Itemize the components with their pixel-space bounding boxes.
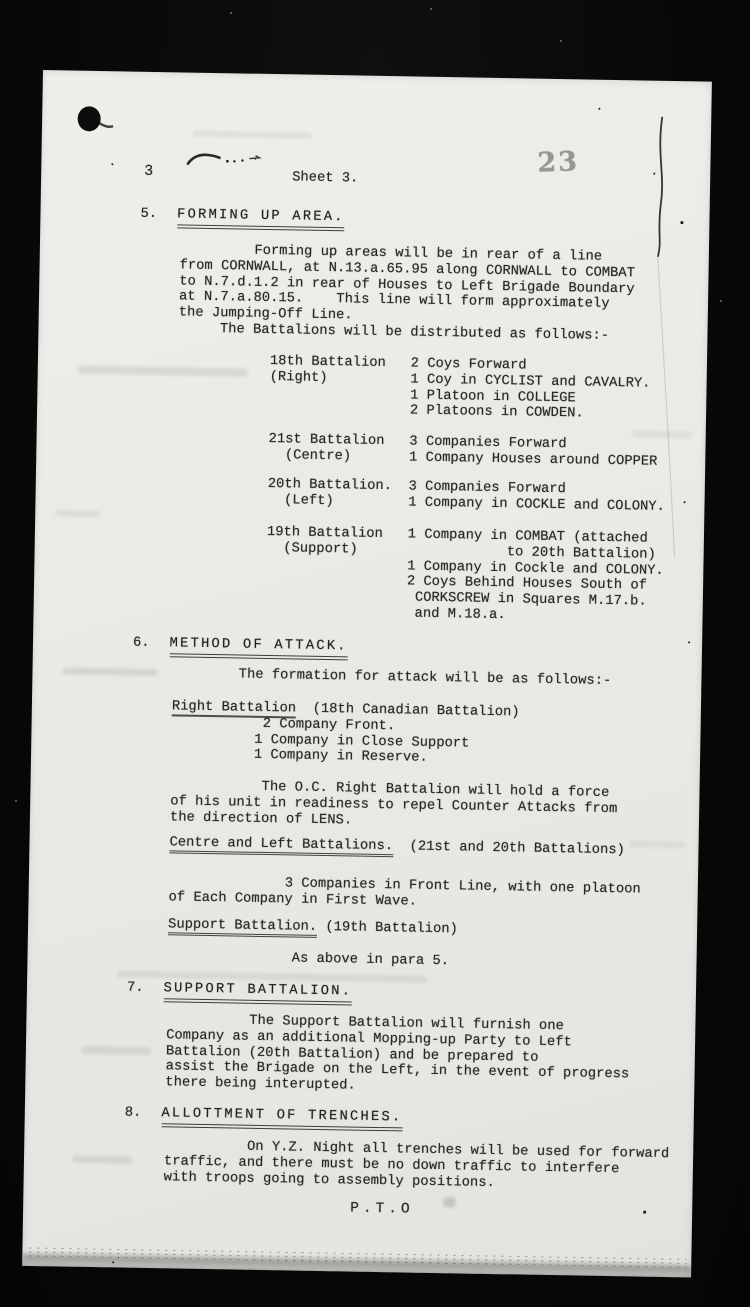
- scanner-dust: [230, 12, 232, 14]
- pen-squiggle: [187, 155, 220, 166]
- scanner-dust: [430, 8, 432, 10]
- distribution-18th-battalion: 18th Battalion 2 Coys Forward (Right) 1 …: [269, 354, 651, 424]
- distribution-20th-battalion: 20th Battalion. 3 Companies Forward (Lef…: [267, 477, 665, 516]
- pen-dot: [233, 160, 235, 162]
- section-title: SUPPORT BATTALION.: [163, 981, 352, 1005]
- scanned-document-scan: 3 Sheet 3. 23 5.FORMING UP AREA. Forming…: [0, 0, 750, 1307]
- distribution-19th-battalion: 19th Battalion 1 Company in COMBAT (atta…: [265, 525, 664, 627]
- bleed-through-smudge: [81, 1046, 151, 1055]
- archive-page-stamp: 23: [537, 146, 580, 178]
- section-heading-8: 8.ALLOTTMENT OF TRENCHES.: [125, 1103, 403, 1132]
- text-line: The formation for attack will be as foll…: [172, 666, 611, 689]
- paper-speck: [643, 1211, 646, 1214]
- paragraph-centre-left: 3 Companies in Front Line, with one plat…: [168, 874, 640, 914]
- page-number-left: 3: [144, 164, 153, 180]
- faint-ink-mark: [443, 1197, 455, 1207]
- section-title: METHOD OF ATTACK.: [169, 636, 347, 660]
- scanner-dust: [720, 300, 722, 302]
- pen-dot: [241, 159, 243, 161]
- paragraph-allottment: On Y.Z. Night all trenches will be used …: [164, 1138, 670, 1194]
- section-number: 5.: [140, 207, 157, 223]
- paper-speck: [680, 221, 683, 224]
- section-title: ALLOTTMENT OF TRENCHES.: [161, 1106, 402, 1131]
- paragraph-support-battalion: The Support Battalion will furnish one C…: [165, 1012, 630, 1099]
- bleed-through-smudge: [55, 510, 100, 517]
- support-detail: (19th Battalion): [317, 920, 458, 937]
- bleed-through-smudge: [192, 131, 312, 139]
- section-heading-7: 7.SUPPORT BATTALION.: [127, 978, 353, 1006]
- paper-speck: [684, 501, 686, 503]
- paper-speck: [111, 163, 113, 165]
- bleed-through-smudge: [630, 840, 685, 848]
- ink-blob: [77, 106, 100, 131]
- support-label: Support Battalion.: [168, 917, 317, 938]
- section-number: 6.: [133, 636, 150, 652]
- pen-arrow: [249, 156, 259, 160]
- section-number: 8.: [125, 1106, 142, 1122]
- centre-left-detail: (21st and 20th Battalions): [393, 839, 625, 858]
- paper-speck: [598, 108, 600, 110]
- pen-dot: [226, 160, 229, 163]
- text-line: As above in para 5.: [167, 949, 449, 970]
- document-page: 3 Sheet 3. 23 5.FORMING UP AREA. Forming…: [22, 70, 712, 1277]
- paragraph-forming-up: Forming up areas will be in rear of a li…: [178, 242, 635, 345]
- section-title: FORMING UP AREA.: [177, 207, 345, 231]
- paper-speck: [653, 173, 655, 175]
- support-battalion-line: Support Battalion. (19th Battalion): [168, 917, 458, 938]
- right-battalion-block: Right Battalion (18th Canadian Battalion…: [171, 699, 520, 768]
- crease-line: [658, 117, 664, 257]
- bleed-through-smudge: [62, 667, 157, 676]
- section-heading-5: 5.FORMING UP AREA.: [140, 204, 345, 231]
- scanner-dust: [15, 800, 17, 802]
- sheet-title: Sheet 3.: [292, 170, 359, 187]
- bleed-through-smudge: [72, 1156, 132, 1164]
- paper-speck: [688, 641, 690, 643]
- centre-left-label: Centre and Left Battalions.: [169, 835, 393, 857]
- scanner-dust: [560, 40, 562, 42]
- ink-blob-tail: [99, 123, 113, 127]
- distribution-21st-battalion: 21st Battalion 3 Companies Forward (Cent…: [268, 432, 658, 470]
- paragraph-oc-right: The O.C. Right Battalion will hold a for…: [170, 778, 618, 833]
- pto-note: P.T.O: [350, 1202, 414, 1219]
- centre-left-battalions-line: Centre and Left Battalions. (21st and 20…: [169, 835, 625, 859]
- section-heading-6: 6.METHOD OF ATTACK.: [133, 633, 348, 661]
- bleed-through-smudge: [78, 366, 248, 377]
- bleed-through-smudge: [632, 430, 692, 438]
- section-number: 7.: [127, 981, 144, 997]
